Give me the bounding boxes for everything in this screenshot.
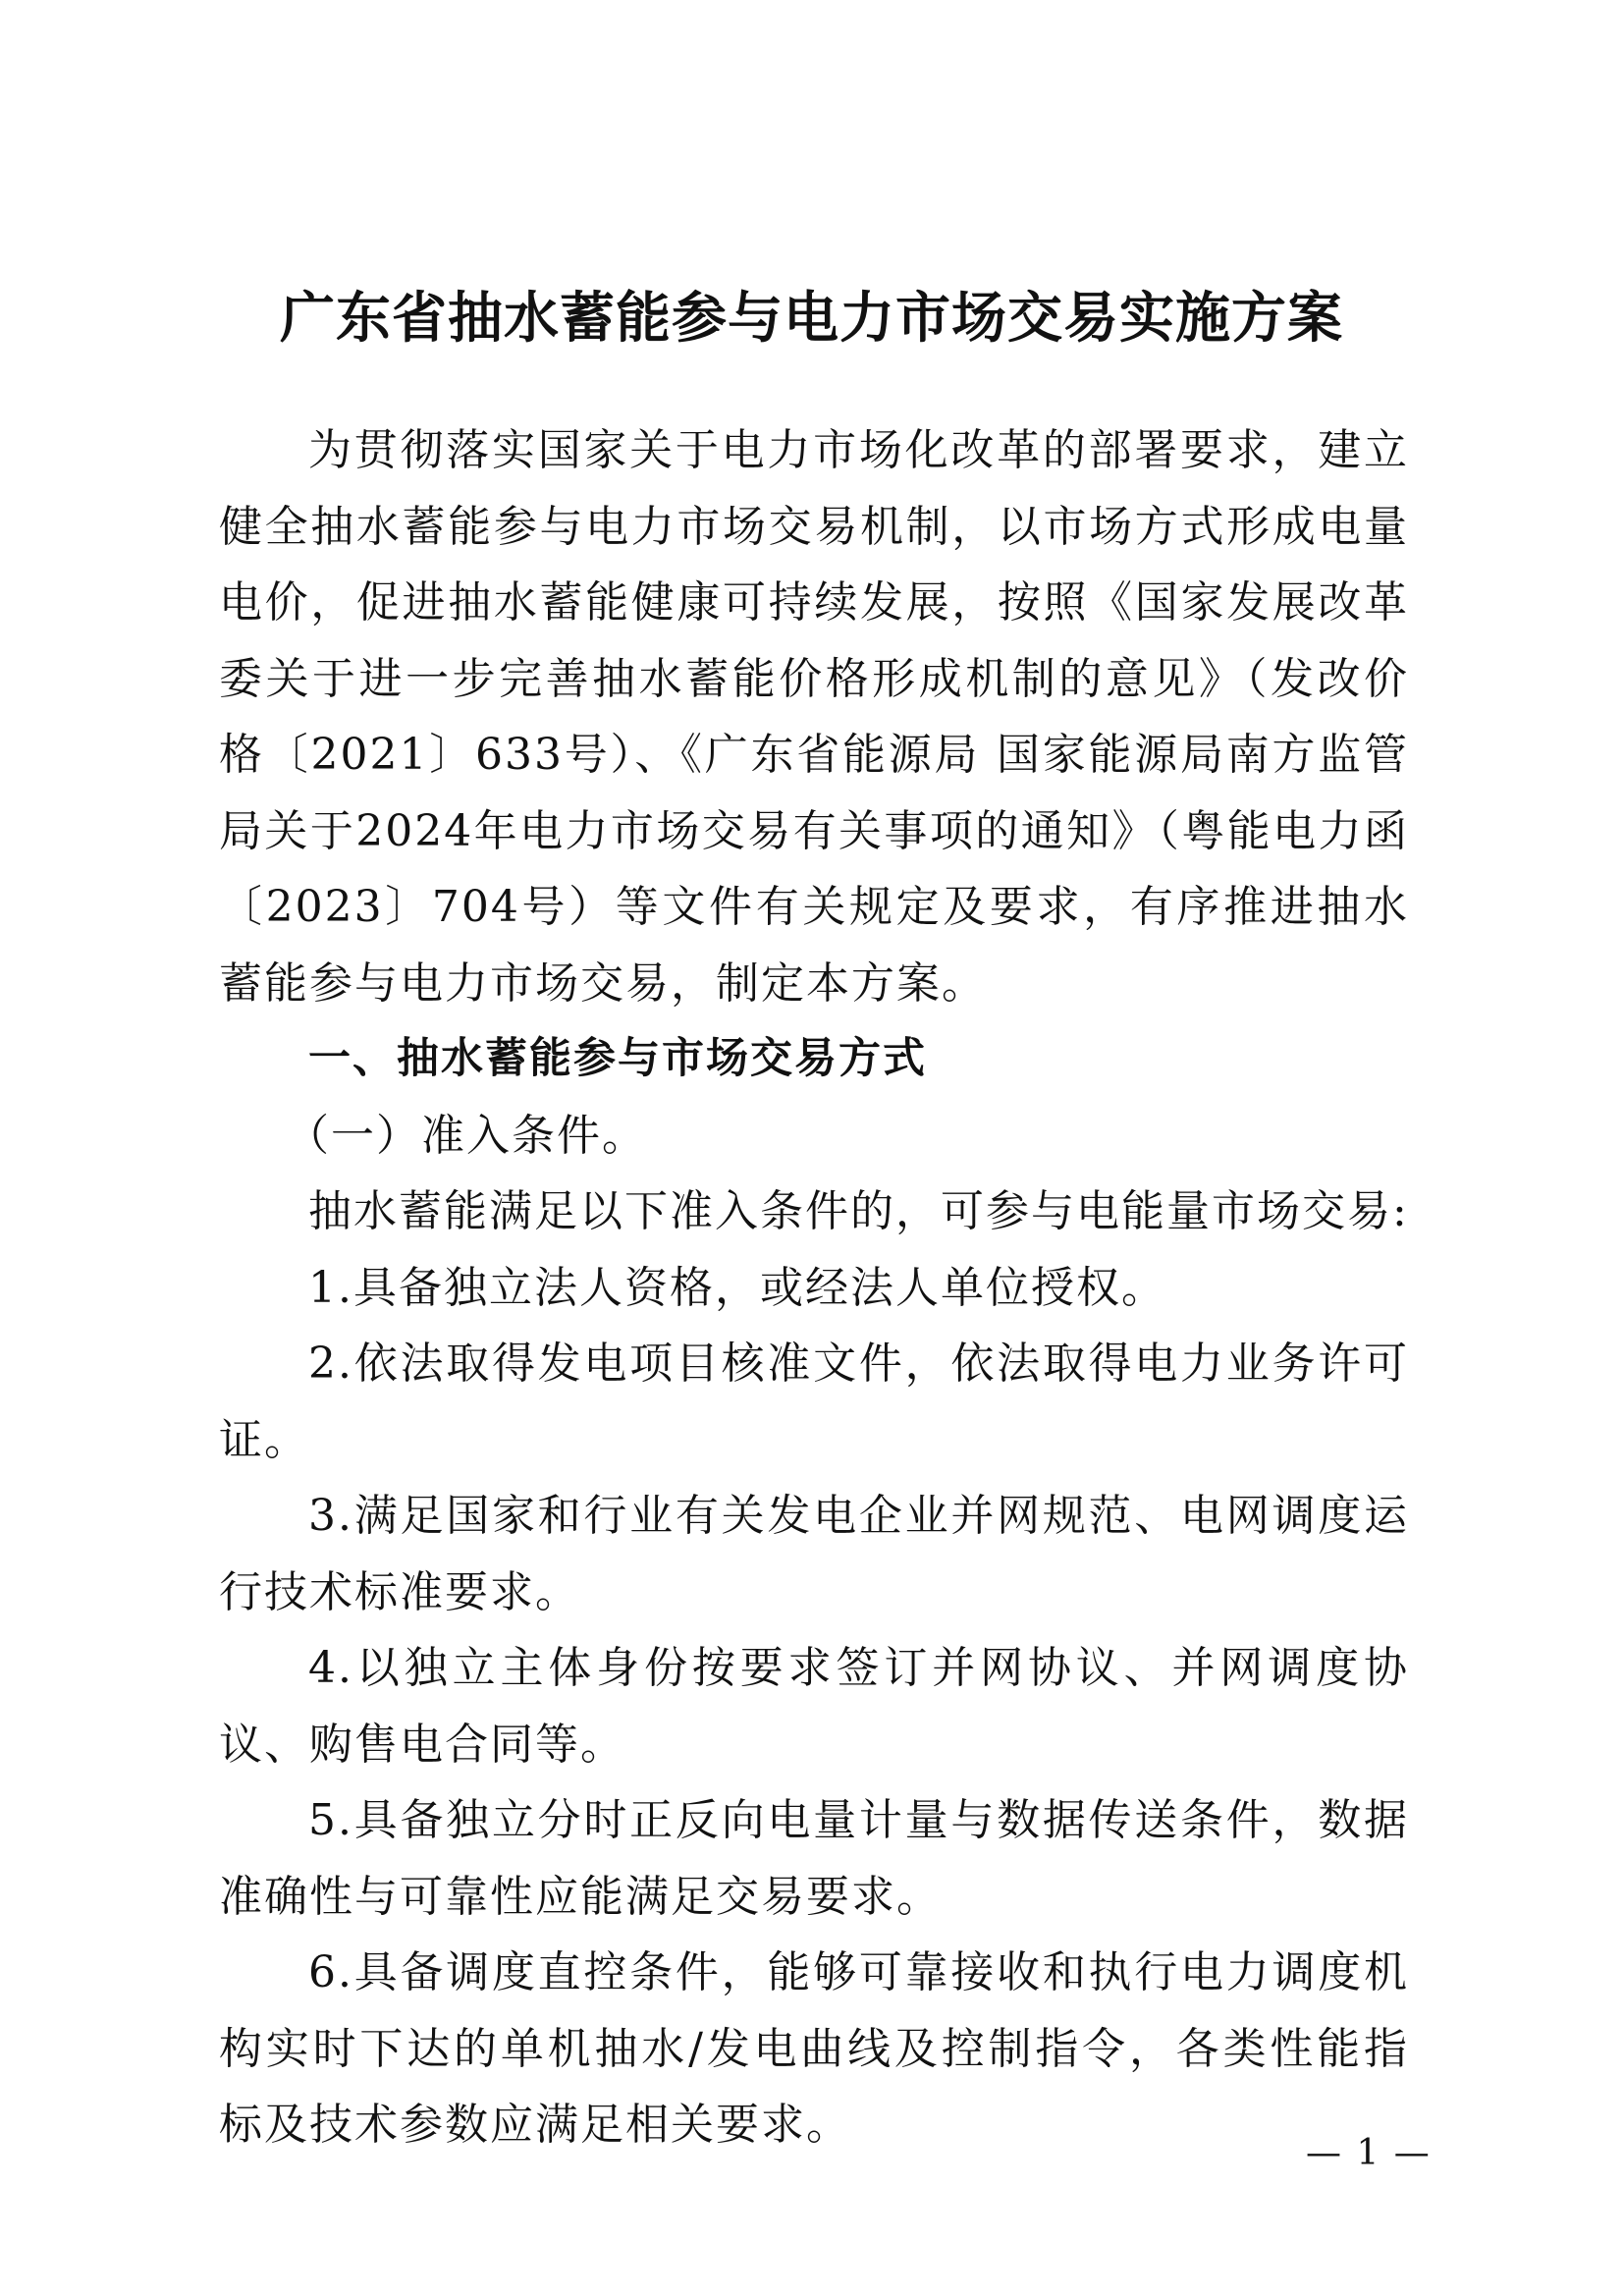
conditions-lead: 抽水蓄能满足以下准入条件的，可参与电能量市场交易: xyxy=(219,1174,1409,1250)
intro-paragraph: 为贯彻落实国家关于电力市场化改革的部署要求，建立健全抽水蓄能参与电力市场交易机制… xyxy=(219,412,1409,1021)
condition-item: 3.满足国家和行业有关发电企业并网规范、电网调度运行技术标准要求。 xyxy=(219,1478,1409,1630)
document-body: 为贯彻落实国家关于电力市场化改革的部署要求，建立健全抽水蓄能参与电力市场交易机制… xyxy=(219,412,1409,2163)
condition-item: 2.依法取得发电项目核准文件，依法取得电力业务许可证。 xyxy=(219,1326,1409,1478)
page-number: — 1 — xyxy=(1306,2133,1432,2173)
condition-item: 5.具备独立分时正反向电量计量与数据传送条件，数据准确性与可靠性应能满足交易要求… xyxy=(219,1782,1409,1935)
condition-item: 6.具备调度直控条件，能够可靠接收和执行电力调度机构实时下达的单机抽水/发电曲线… xyxy=(219,1935,1409,2163)
section-heading-1: 一、抽水蓄能参与市场交易方式 xyxy=(219,1021,1409,1098)
subsection-heading-1: （一）准入条件。 xyxy=(219,1098,1409,1175)
document-title: 广东省抽水蓄能参与电力市场交易实施方案 xyxy=(0,285,1623,354)
condition-item: 1.具备独立法人资格，或经法人单位授权。 xyxy=(219,1250,1409,1327)
condition-item: 4.以独立主体身份按要求签订并网协议、并网调度协议、购售电合同等。 xyxy=(219,1630,1409,1782)
